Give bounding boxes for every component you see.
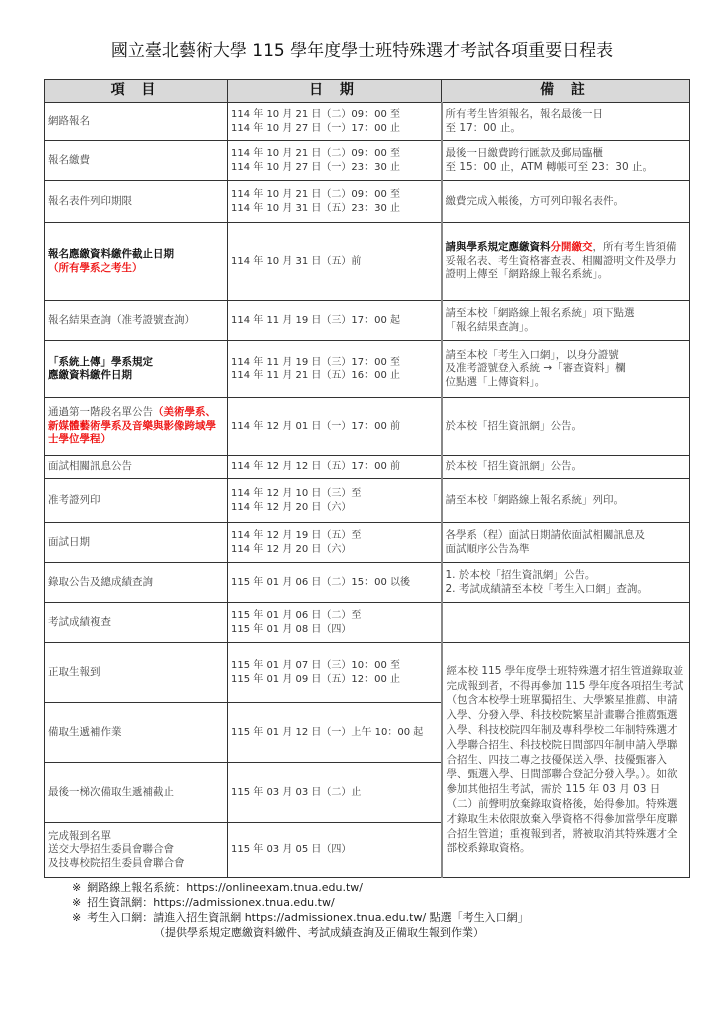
row-note: 請與學系規定應繳資料分開繳交，所有考生皆須備妥報名表、考生資格審查表、相關證明文… (442, 223, 690, 301)
row-date: 114 年 12 月 01 日（一）17：00 前 (228, 398, 442, 456)
row-item: 面試日期 (45, 523, 228, 563)
note-line: 2. 考試成績請至本校「考生入口網」查詢。 (446, 583, 687, 597)
row-date: 114 年 12 月 19 日（五）至114 年 12 月 20 日（六） (228, 523, 442, 563)
row-item: 最後一梯次備取生遞補截止 (45, 763, 228, 823)
date-line: 115 年 01 月 09 日（五）12：00 止 (231, 673, 438, 687)
row-item: 報名繳費 (45, 141, 228, 181)
footer-text: 考生入口網：請進入招生資訊網 https://admissionex.tnua.… (87, 911, 528, 924)
row-note: 請至本校「網路線上報名系統」項下點選「報名結果查詢」。 (442, 301, 690, 341)
table-row: 面試日期 114 年 12 月 19 日（五）至114 年 12 月 20 日（… (45, 523, 690, 563)
row-date: 114 年 12 月 12 日（五）17：00 前 (228, 456, 442, 479)
table-row: 報名結果查詢（准考證號查詢） 114 年 11 月 19 日（三）17：00 起… (45, 301, 690, 341)
date-line: 114 年 10 月 21 日（二）09：00 至 (231, 147, 438, 161)
table-row: 正取生報到 115 年 01 月 07 日（三）10：00 至115 年 01 … (45, 643, 690, 703)
date-line: 115 年 01 月 07 日（三）10：00 至 (231, 659, 438, 673)
date-line: 114 年 10 月 21 日（二）09：00 至 (231, 108, 438, 122)
date-line: 114 年 12 月 20 日（六） (231, 543, 438, 557)
row-item: 錄取公告及總成績查詢 (45, 563, 228, 603)
date-line: 115 年 01 月 08 日（四） (231, 623, 438, 637)
date-line: 114 年 10 月 31 日（五）23：30 止 (231, 202, 438, 216)
item-label: 報名應繳資料繳件截止日期 (48, 248, 224, 262)
row-note (442, 603, 690, 643)
row-note: 所有考生皆須報名，報名最後一日至 17：00 止。 (442, 103, 690, 141)
item-sublabel: （所有學系之考生） (48, 262, 224, 276)
row-item: 通過第一階段名單公告（美術學系、新媒體藝術學系及音樂與影像跨域學士學位學程） (45, 398, 228, 456)
note-line: 1. 於本校「招生資訊網」公告。 (446, 569, 687, 583)
note-red: 分開繳交 (551, 241, 593, 253)
row-item: 網路報名 (45, 103, 228, 141)
row-date: 114 年 10 月 21 日（二）09：00 至114 年 10 月 31 日… (228, 181, 442, 223)
date-line: 114 年 12 月 20 日（六） (231, 501, 438, 515)
note-line: 「報名結果查詢」。 (446, 321, 687, 335)
row-date: 115 年 01 月 06 日（二）15：00 以後 (228, 563, 442, 603)
date-line: 114 年 11 月 19 日（三）17：00 至 (231, 356, 438, 370)
row-item: 報名應繳資料繳件截止日期（所有學系之考生） (45, 223, 228, 301)
header-date: 日 期 (228, 80, 442, 103)
row-note: 請至本校「網路線上報名系統」列印。 (442, 479, 690, 523)
table-header-row: 項 目 日 期 備 註 (45, 80, 690, 103)
row-note: 1. 於本校「招生資訊網」公告。2. 考試成績請至本校「考生入口網」查詢。 (442, 563, 690, 603)
date-line: 114 年 10 月 27 日（一）17：00 止 (231, 122, 438, 136)
row-date: 114 年 11 月 19 日（三）17：00 起 (228, 301, 442, 341)
note-line: 各學系（程）面試日期請依面試相關訊息及 (446, 529, 687, 543)
table-row: 「系統上傳」學系規定應繳資料繳件日期 114 年 11 月 19 日（三）17：… (45, 341, 690, 398)
table-row: 報名繳費 114 年 10 月 21 日（二）09：00 至114 年 10 月… (45, 141, 690, 181)
row-date: 114 年 12 月 10 日（三）至114 年 12 月 20 日（六） (228, 479, 442, 523)
row-date: 115 年 03 月 03 日（二）止 (228, 763, 442, 823)
table-row: 錄取公告及總成績查詢 115 年 01 月 06 日（二）15：00 以後 1.… (45, 563, 690, 603)
row-note: 於本校「招生資訊網」公告。 (442, 398, 690, 456)
note-line: 及准考證號登入系統 →「審查資料」欄 (446, 362, 687, 376)
table-row: 報名表件列印期限 114 年 10 月 21 日（二）09：00 至114 年 … (45, 181, 690, 223)
row-item: 准考證列印 (45, 479, 228, 523)
item-label: 通過第一階段名單公告 (48, 406, 153, 418)
row-date: 114 年 11 月 19 日（三）17：00 至114 年 11 月 21 日… (228, 341, 442, 398)
footer-line-online-exam: ※網路線上報名系統：https://onlineexam.tnua.edu.tw… (72, 880, 529, 895)
row-note: 最後一日繳費跨行匯款及郵局臨櫃至 15：00 止，ATM 轉帳可至 23：30 … (442, 141, 690, 181)
item-label: 「系統上傳」學系規定 (48, 356, 224, 370)
table-row: 通過第一階段名單公告（美術學系、新媒體藝術學系及音樂與影像跨域學士學位學程） 1… (45, 398, 690, 456)
row-date: 115 年 03 月 05 日（四） (228, 823, 442, 878)
table-row: 准考證列印 114 年 12 月 10 日（三）至114 年 12 月 20 日… (45, 479, 690, 523)
note-bold: 請與學系規定應繳資料 (446, 241, 551, 253)
merged-note: 經本校 115 學年度學士班特殊選才招生管道錄取並完成報到者，不得再參加 115… (442, 643, 690, 878)
table-row: 考試成績複查 115 年 01 月 06 日（二）至115 年 01 月 08 … (45, 603, 690, 643)
row-item: 「系統上傳」學系規定應繳資料繳件日期 (45, 341, 228, 398)
date-line: 114 年 10 月 27 日（一）23：30 止 (231, 161, 438, 175)
header-item: 項 目 (45, 80, 228, 103)
row-date: 114 年 10 月 31 日（五）前 (228, 223, 442, 301)
footer-text: 招生資訊網：https://admissionex.tnua.edu.tw/ (87, 896, 334, 909)
footer-line-portal: ※考生入口網：請進入招生資訊網 https://admissionex.tnua… (72, 910, 529, 925)
footer-text: 網路線上報名系統：https://onlineexam.tnua.edu.tw/ (87, 881, 363, 894)
header-note: 備 註 (442, 80, 690, 103)
row-item: 正取生報到 (45, 643, 228, 703)
row-note: 請至本校「考生入口網」，以身分證號及准考證號登入系統 →「審查資料」欄位點選「上… (442, 341, 690, 398)
date-line: 114 年 12 月 19 日（五）至 (231, 529, 438, 543)
schedule-table: 項 目 日 期 備 註 網路報名 114 年 10 月 21 日（二）09：00… (44, 79, 690, 878)
item-line: 送交大學招生委員會聯合會 (48, 843, 224, 857)
note-line: 位點選「上傳資料」。 (446, 376, 687, 390)
row-item: 報名結果查詢（准考證號查詢） (45, 301, 228, 341)
row-item: 面試相關訊息公告 (45, 456, 228, 479)
row-date: 115 年 01 月 12 日（一）上午 10：00 起 (228, 703, 442, 763)
table-row: 網路報名 114 年 10 月 21 日（二）09：00 至114 年 10 月… (45, 103, 690, 141)
table-row: 面試相關訊息公告 114 年 12 月 12 日（五）17：00 前 於本校「招… (45, 456, 690, 479)
reference-mark-icon: ※ (72, 881, 81, 894)
footer-notes: ※網路線上報名系統：https://onlineexam.tnua.edu.tw… (72, 880, 529, 940)
row-item: 報名表件列印期限 (45, 181, 228, 223)
note-line: 請至本校「考生入口網」，以身分證號 (446, 349, 687, 363)
page-title: 國立臺北藝術大學 115 學年度學士班特殊選才考試各項重要日程表 (0, 36, 724, 61)
date-line: 114 年 10 月 21 日（二）09：00 至 (231, 188, 438, 202)
row-note: 於本校「招生資訊網」公告。 (442, 456, 690, 479)
date-line: 115 年 01 月 06 日（二）至 (231, 609, 438, 623)
table-row: 報名應繳資料繳件截止日期（所有學系之考生） 114 年 10 月 31 日（五）… (45, 223, 690, 301)
item-line: 及技專校院招生委員會聯合會 (48, 857, 224, 871)
row-note: 各學系（程）面試日期請依面試相關訊息及面試順序公告為準 (442, 523, 690, 563)
note-line: 至 17：00 止。 (446, 122, 687, 136)
row-item: 考試成績複查 (45, 603, 228, 643)
footer-line-portal-sub: （提供學系規定應繳資料繳件、考試成績查詢及正備取生報到作業） (72, 925, 529, 940)
note-line: 最後一日繳費跨行匯款及郵局臨櫃 (446, 147, 687, 161)
note-line: 至 15：00 止，ATM 轉帳可至 23：30 止。 (446, 161, 687, 175)
date-line: 114 年 12 月 10 日（三）至 (231, 487, 438, 501)
footer-line-admission: ※招生資訊網：https://admissionex.tnua.edu.tw/ (72, 895, 529, 910)
row-item: 完成報到名單送交大學招生委員會聯合會及技專校院招生委員會聯合會 (45, 823, 228, 878)
date-line: 114 年 11 月 21 日（五）16：00 止 (231, 369, 438, 383)
reference-mark-icon: ※ (72, 911, 81, 924)
row-note: 繳費完成入帳後，方可列印報名表件。 (442, 181, 690, 223)
note-line: 所有考生皆須報名，報名最後一日 (446, 108, 687, 122)
row-item: 備取生遞補作業 (45, 703, 228, 763)
row-date: 114 年 10 月 21 日（二）09：00 至114 年 10 月 27 日… (228, 103, 442, 141)
row-date: 115 年 01 月 07 日（三）10：00 至115 年 01 月 09 日… (228, 643, 442, 703)
reference-mark-icon: ※ (72, 896, 81, 909)
row-date: 115 年 01 月 06 日（二）至115 年 01 月 08 日（四） (228, 603, 442, 643)
note-line: 請至本校「網路線上報名系統」項下點選 (446, 307, 687, 321)
row-date: 114 年 10 月 21 日（二）09：00 至114 年 10 月 27 日… (228, 141, 442, 181)
note-line: 面試順序公告為準 (446, 543, 687, 557)
item-line: 完成報到名單 (48, 830, 224, 844)
item-label-line2: 應繳資料繳件日期 (48, 369, 224, 383)
